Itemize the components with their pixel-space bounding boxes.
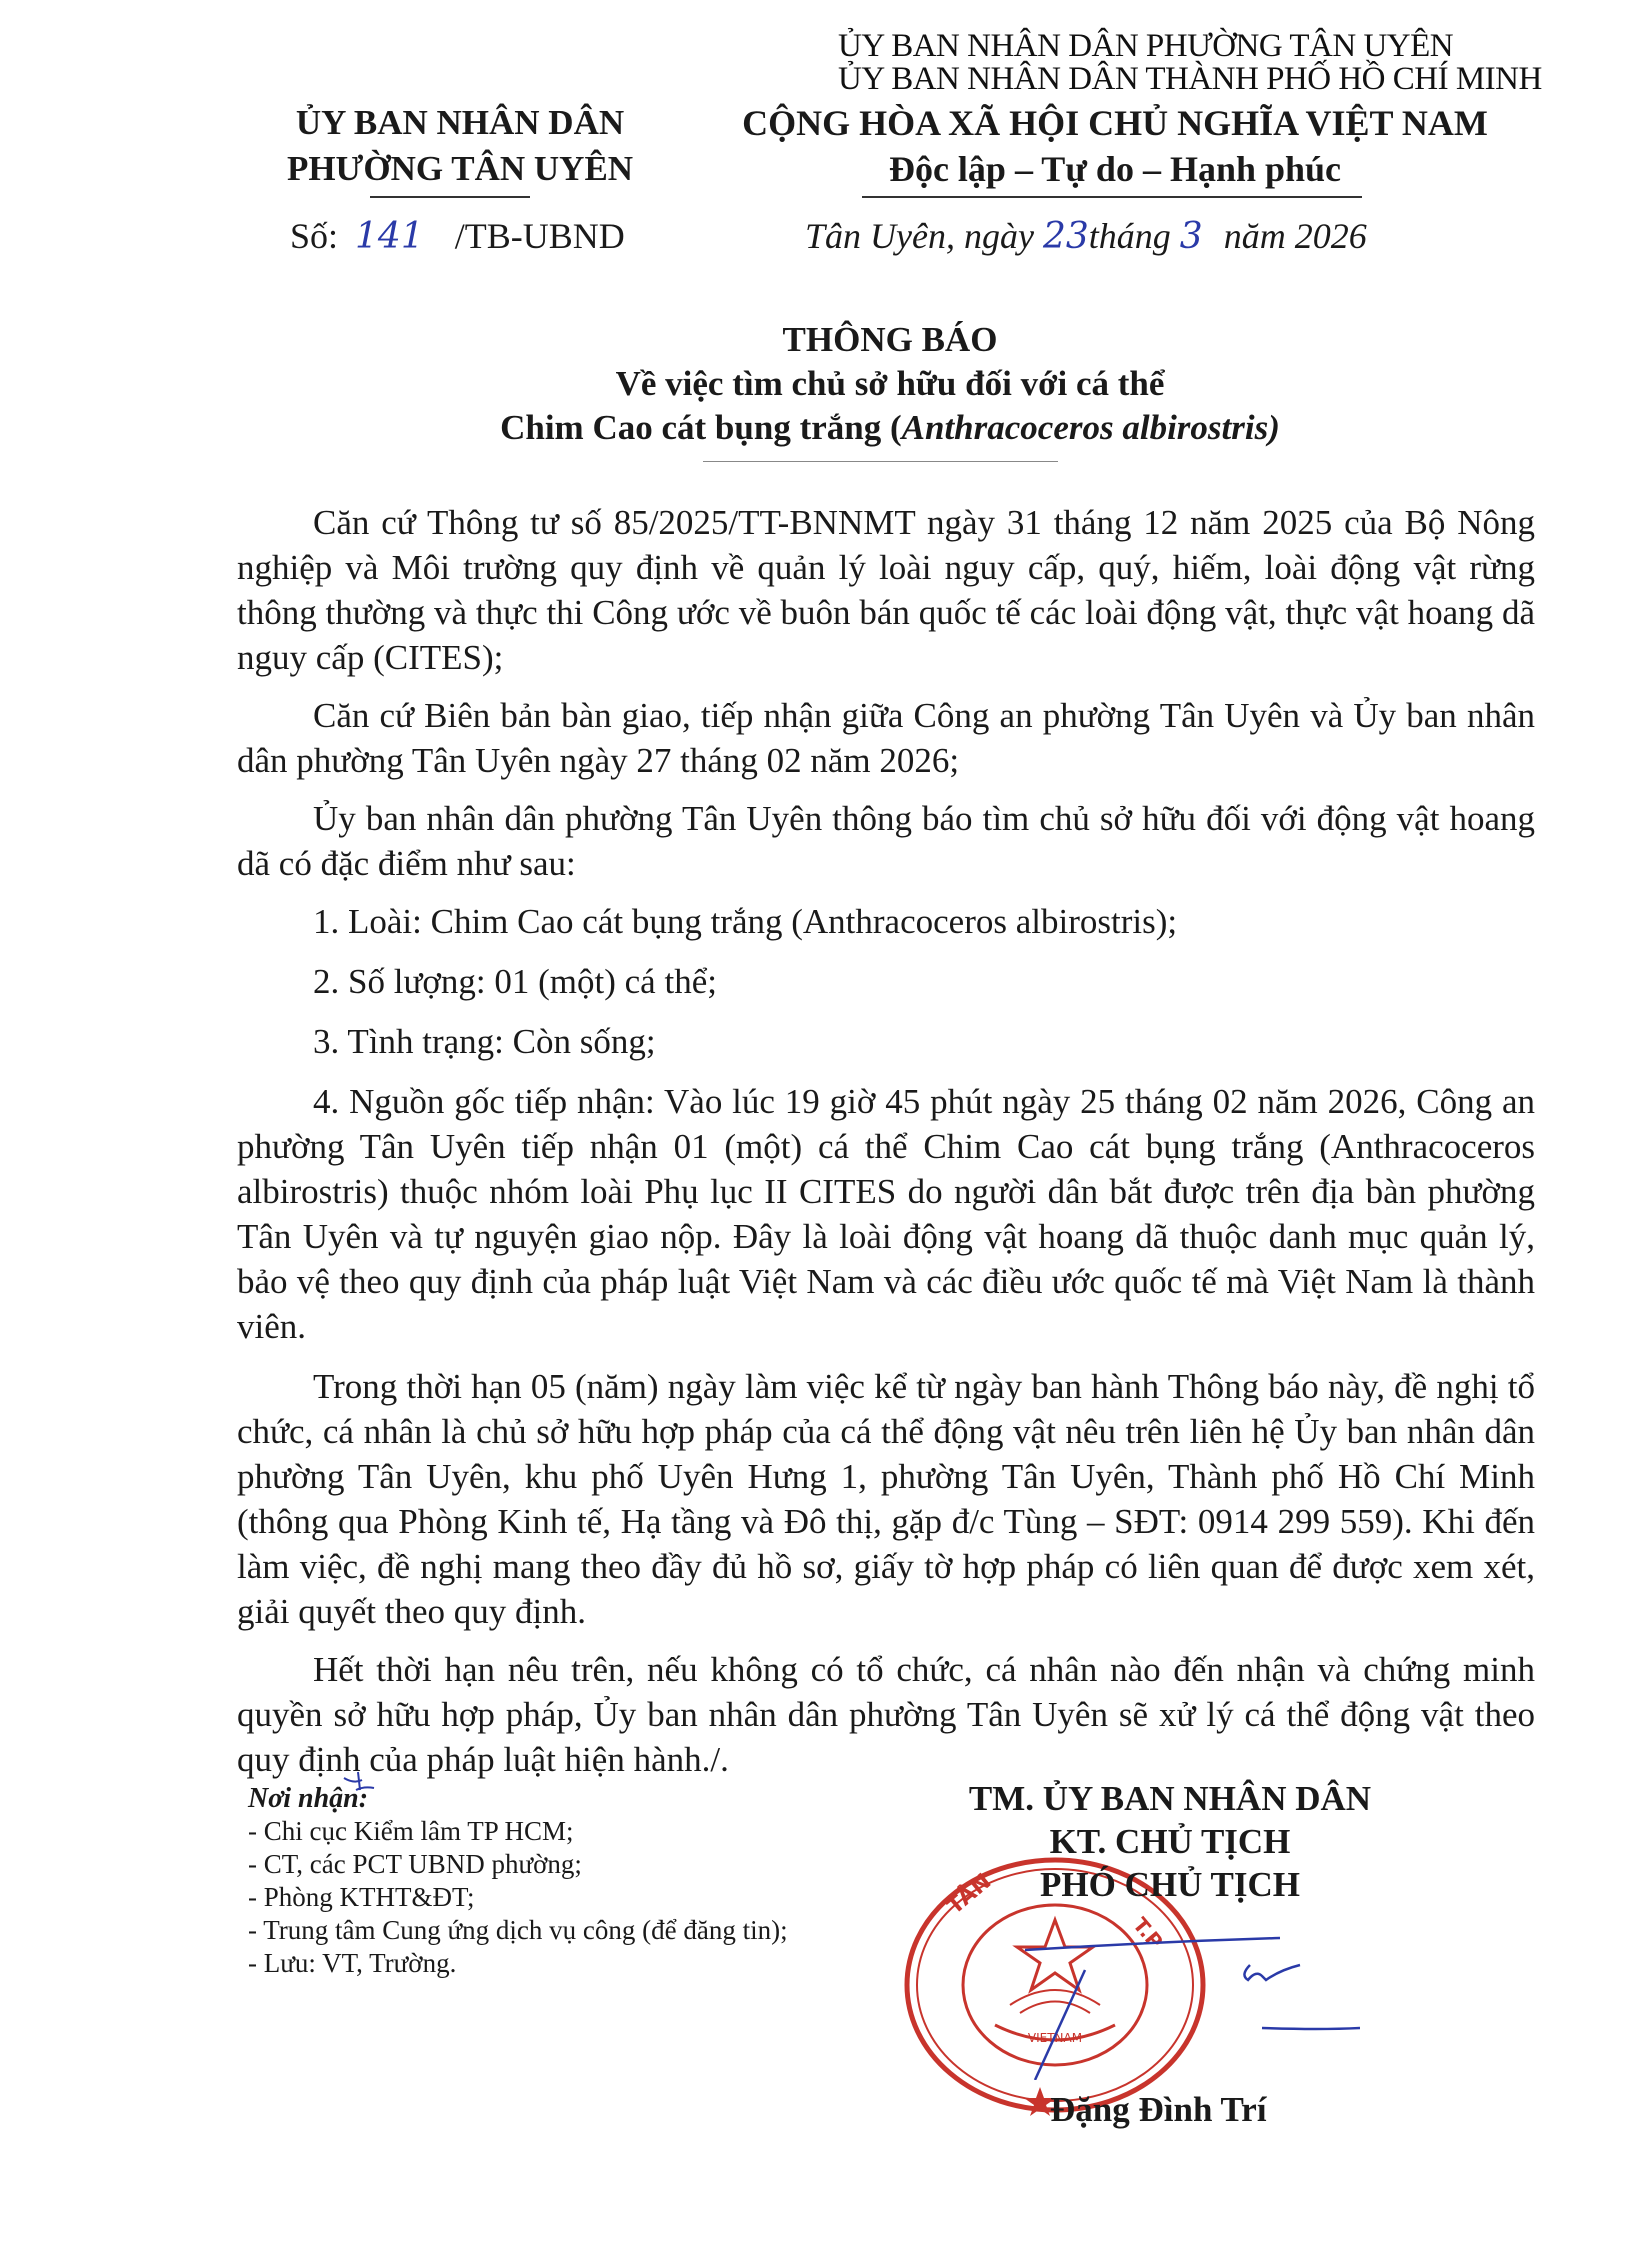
document-number: Số: 141 /TB-UBND [290, 215, 625, 257]
body-paragraph: Hết thời hạn nêu trên, nếu không có tổ c… [237, 1647, 1535, 1782]
issuer-underline [370, 196, 530, 198]
signer-name: Đặng Đình Trí [1050, 2090, 1267, 2130]
document-body: Căn cứ Thông tư số 85/2025/TT-BNNMT ngày… [237, 500, 1535, 1795]
recipient-item: - Lưu: VT, Trường. [248, 1947, 788, 1980]
signature-line3: PHÓ CHỦ TỊCH [920, 1863, 1420, 1906]
issue-date: Tân Uyên, ngày 23tháng 3 năm 2026 [805, 215, 1367, 257]
date-month: 3 [1180, 216, 1203, 257]
recipient-item: - Trung tâm Cung ứng dịch vụ công (để đă… [248, 1914, 788, 1947]
overlay-header: ỦY BAN NHÂN DÂN PHƯỜNG TÂN UYÊN ỦY BAN N… [838, 30, 1542, 96]
body-paragraph: Trong thời hạn 05 (năm) ngày làm việc kể… [237, 1364, 1535, 1634]
list-item: 4. Nguồn gốc tiếp nhận: Vào lúc 19 giờ 4… [237, 1079, 1535, 1349]
national-motto: Độc lập – Tự do – Hạnh phúc [690, 146, 1540, 192]
initial-mark-icon [340, 1770, 380, 1798]
number-prefix: Số: [290, 216, 338, 256]
date-day: 23 [1043, 216, 1089, 257]
date-year: năm 2026 [1215, 216, 1367, 256]
title-subject-line1: Về việc tìm chủ sở hữu đối với cá thể [300, 362, 1480, 406]
signature-block: TM. ỦY BAN NHÂN DÂN KT. CHỦ TỊCH PHÓ CHỦ… [920, 1777, 1420, 1906]
issuer-line1: ỦY BAN NHÂN DÂN [255, 100, 665, 146]
subject-plain: Chim Cao cát bụng trắng ( [500, 408, 902, 447]
number-handwritten: 141 [355, 216, 424, 257]
subject-italic: Anthracoceros albirostris) [902, 408, 1280, 447]
signature-line2: KT. CHỦ TỊCH [920, 1820, 1420, 1863]
date-month-label: tháng [1089, 216, 1180, 256]
overlay-header-line1: ỦY BAN NHÂN DÂN PHƯỜNG TÂN UYÊN [838, 30, 1542, 63]
handwritten-signature-icon [1000, 1930, 1360, 2080]
list-item: 1. Loài: Chim Cao cát bụng trắng (Anthra… [237, 899, 1535, 944]
overlay-header-line2: ỦY BAN NHÂN DÂN THÀNH PHỐ HỒ CHÍ MINH [838, 63, 1542, 96]
recipient-item: - Chi cục Kiểm lâm TP HCM; [248, 1815, 788, 1848]
signature-line1: TM. ỦY BAN NHÂN DÂN [920, 1777, 1420, 1820]
title-heading: THÔNG BÁO [300, 318, 1480, 362]
recipients-label: Nơi nhận: [248, 1782, 788, 1815]
recipient-item: - Phòng KTHT&ĐT; [248, 1881, 788, 1914]
issuer-block: ỦY BAN NHÂN DÂN PHƯỜNG TÂN UYÊN [255, 100, 665, 192]
body-paragraph: Căn cứ Biên bản bàn giao, tiếp nhận giữa… [237, 693, 1535, 783]
number-suffix: /TB-UBND [455, 216, 625, 256]
list-item: 3. Tình trạng: Còn sống; [237, 1019, 1535, 1064]
issuer-line2: PHƯỜNG TÂN UYÊN [255, 146, 665, 192]
body-paragraph: Căn cứ Thông tư số 85/2025/TT-BNNMT ngày… [237, 500, 1535, 680]
recipient-item: - CT, các PCT UBND phường; [248, 1848, 788, 1881]
list-item: 2. Số lượng: 01 (một) cá thể; [237, 959, 1535, 1004]
motto-underline [862, 196, 1362, 198]
title-underline [703, 461, 1058, 462]
notice-title: THÔNG BÁO Về việc tìm chủ sở hữu đối với… [300, 318, 1480, 450]
recipients-block: Nơi nhận: - Chi cục Kiểm lâm TP HCM; - C… [248, 1782, 788, 1980]
national-block: CỘNG HÒA XÃ HỘI CHỦ NGHĨA VIỆT NAM Độc l… [690, 100, 1540, 192]
national-line1: CỘNG HÒA XÃ HỘI CHỦ NGHĨA VIỆT NAM [690, 100, 1540, 146]
body-paragraph: Ủy ban nhân dân phường Tân Uyên thông bá… [237, 796, 1535, 886]
title-subject-line2: Chim Cao cát bụng trắng (Anthracoceros a… [300, 406, 1480, 450]
date-prefix: Tân Uyên, ngày [805, 216, 1043, 256]
